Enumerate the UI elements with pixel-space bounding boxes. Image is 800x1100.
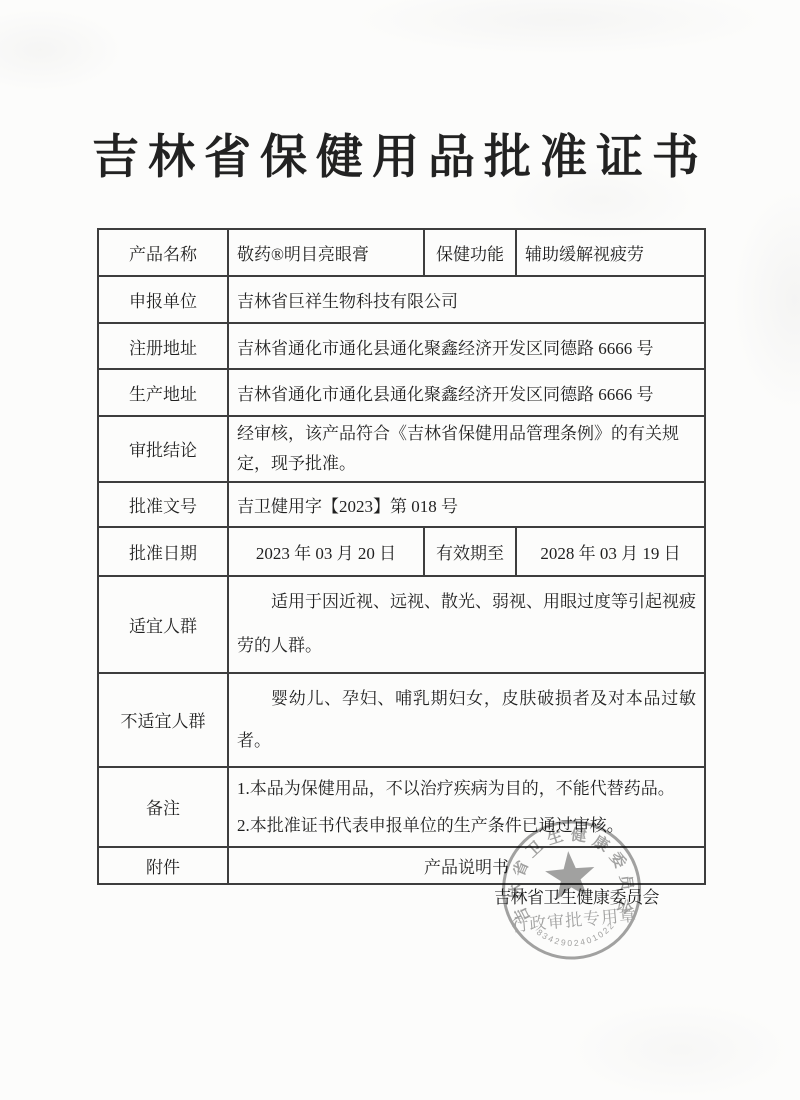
svg-text:9: 9 <box>560 937 567 948</box>
registered-address-label: 注册地址 <box>98 323 228 369</box>
registered-address-value: 吉林省通化市通化县通化聚鑫经济开发区同德路 6666 号 <box>228 323 705 369</box>
svg-text:0: 0 <box>567 938 572 948</box>
approval-number-label: 批准文号 <box>98 482 228 527</box>
applicant-value: 吉林省巨祥生物科技有限公司 <box>228 276 705 323</box>
certificate-table: 产品名称 敬药®明目亮眼膏 保健功能 辅助缓解视疲劳 申报单位 吉林省巨祥生物科… <box>97 228 706 885</box>
conclusion-value: 经审核，该产品符合《吉林省保健用品管理条例》的有关规定，现予批准。 <box>228 416 705 482</box>
unsuitable-group-value: 婴幼儿、孕妇、哺乳期妇女，皮肤破损者及对本品过敏者。 <box>228 673 705 767</box>
conclusion-label: 审批结论 <box>98 416 228 482</box>
certificate-page: 吉林省保健用品批准证书 产品名称 敬药®明目亮眼膏 保健功能 辅助缓解视疲劳 申… <box>0 0 800 1100</box>
svg-text:省: 省 <box>510 858 533 880</box>
health-function-label: 保健功能 <box>424 229 516 276</box>
table-row-production-address: 生产地址 吉林省通化市通化县通化聚鑫经济开发区同德路 6666 号 <box>98 369 705 416</box>
health-function-value: 辅助缓解视疲劳 <box>516 229 705 276</box>
product-name-value: 敬药®明目亮眼膏 <box>228 229 424 276</box>
attachment-label: 附件 <box>98 847 228 884</box>
remarks-label: 备注 <box>98 767 228 847</box>
table-row-conclusion: 审批结论 经审核，该产品符合《吉林省保健用品管理条例》的有关规定，现予批准。 <box>98 416 705 482</box>
certificate-title: 吉林省保健用品批准证书 <box>0 120 800 187</box>
svg-text:生: 生 <box>545 826 566 848</box>
table-row-registered-address: 注册地址 吉林省通化市通化县通化聚鑫经济开发区同德路 6666 号 <box>98 323 705 369</box>
approval-number-value: 吉卫健用字【2023】第 018 号 <box>228 482 705 527</box>
svg-text:健: 健 <box>569 825 588 845</box>
table-row-product: 产品名称 敬药®明目亮眼膏 保健功能 辅助缓解视疲劳 <box>98 229 705 276</box>
svg-text:2: 2 <box>573 938 579 948</box>
suitable-group-value: 适用于因近视、远视、散光、弱视、用眼过度等引起视疲劳的人群。 <box>228 576 705 673</box>
table-row-approval-number: 批准文号 吉卫健用字【2023】第 018 号 <box>98 482 705 527</box>
issuer-signature: 吉林省卫生健康委员会 <box>494 883 659 908</box>
unsuitable-group-label: 不适宜人群 <box>98 673 228 767</box>
suitable-group-label: 适宜人群 <box>98 576 228 673</box>
table-row-applicant: 申报单位 吉林省巨祥生物科技有限公司 <box>98 276 705 323</box>
approval-date-value: 2023 年 03 月 20 日 <box>228 527 424 576</box>
table-row-approval-date: 批准日期 2023 年 03 月 20 日 有效期至 2028 年 03 月 1… <box>98 527 705 576</box>
table-row-unsuitable-group: 不适宜人群 婴幼儿、孕妇、哺乳期妇女，皮肤破损者及对本品过敏者。 <box>98 673 705 767</box>
product-name-label: 产品名称 <box>98 229 228 276</box>
production-address-label: 生产地址 <box>98 369 228 416</box>
valid-until-label: 有效期至 <box>424 527 516 576</box>
valid-until-value: 2028 年 03 月 19 日 <box>516 527 705 576</box>
applicant-label: 申报单位 <box>98 276 228 323</box>
table-row-suitable-group: 适宜人群 适用于因近视、远视、散光、弱视、用眼过度等引起视疲劳的人群。 <box>98 576 705 673</box>
production-address-value: 吉林省通化市通化县通化聚鑫经济开发区同德路 6666 号 <box>228 369 705 416</box>
approval-date-label: 批准日期 <box>98 527 228 576</box>
